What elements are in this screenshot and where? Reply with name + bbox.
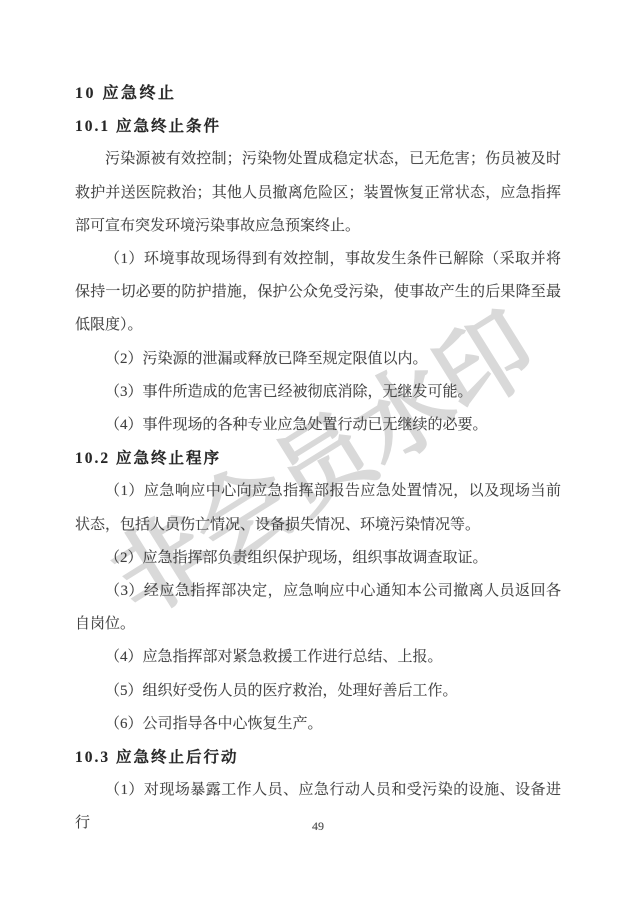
list-item-10-2-1: （1）应急响应中心向应急指挥部报告应急处置情况，以及现场当前状态，包括人员伤亡情…	[75, 475, 561, 541]
list-item-10-1-1: （1）环境事故现场得到有效控制，事故发生条件已解除（采取并将保持一切必要的防护措…	[75, 243, 561, 343]
list-item-10-2-3: （3）经应急指挥部决定，应急响应中心通知本公司撤离人员返回各自岗位。	[75, 575, 561, 641]
list-item-10-2-2: （2）应急指挥部负责组织保护现场，组织事故调查取证。	[75, 542, 561, 575]
list-item-10-1-2: （2）污染源的泄漏或释放已降至规定限值以内。	[75, 343, 561, 376]
list-item-10-1-3: （3）事件所造成的危害已经被彻底消除，无继发可能。	[75, 376, 561, 409]
list-item-10-1-4: （4）事件现场的各种专业应急处置行动已无继续的必要。	[75, 409, 561, 442]
document-page: 非会员水印 10 应急终止 10.1 应急终止条件 污染源被有效控制；污染物处置…	[0, 0, 636, 900]
section-heading-10-3: 10.3 应急终止后行动	[75, 741, 561, 774]
list-item-10-2-4: （4）应急指挥部对紧急救援工作进行总结、上报。	[75, 641, 561, 674]
document-body: 10 应急终止 10.1 应急终止条件 污染源被有效控制；污染物处置成稳定状态，…	[75, 77, 561, 841]
list-item-10-2-5: （5）组织好受伤人员的医疗救治，处理好善后工作。	[75, 675, 561, 708]
paragraph-termination-conditions-intro: 污染源被有效控制；污染物处置成稳定状态，已无危害；伤员被及时救护并送医院救治；其…	[75, 143, 561, 243]
list-item-10-2-6: （6）公司指导各中心恢复生产。	[75, 708, 561, 741]
section-heading-10-2: 10.2 应急终止程序	[75, 442, 561, 475]
section-heading-10-1: 10.1 应急终止条件	[75, 110, 561, 143]
section-heading-10: 10 应急终止	[75, 77, 561, 110]
page-number: 49	[312, 819, 324, 834]
